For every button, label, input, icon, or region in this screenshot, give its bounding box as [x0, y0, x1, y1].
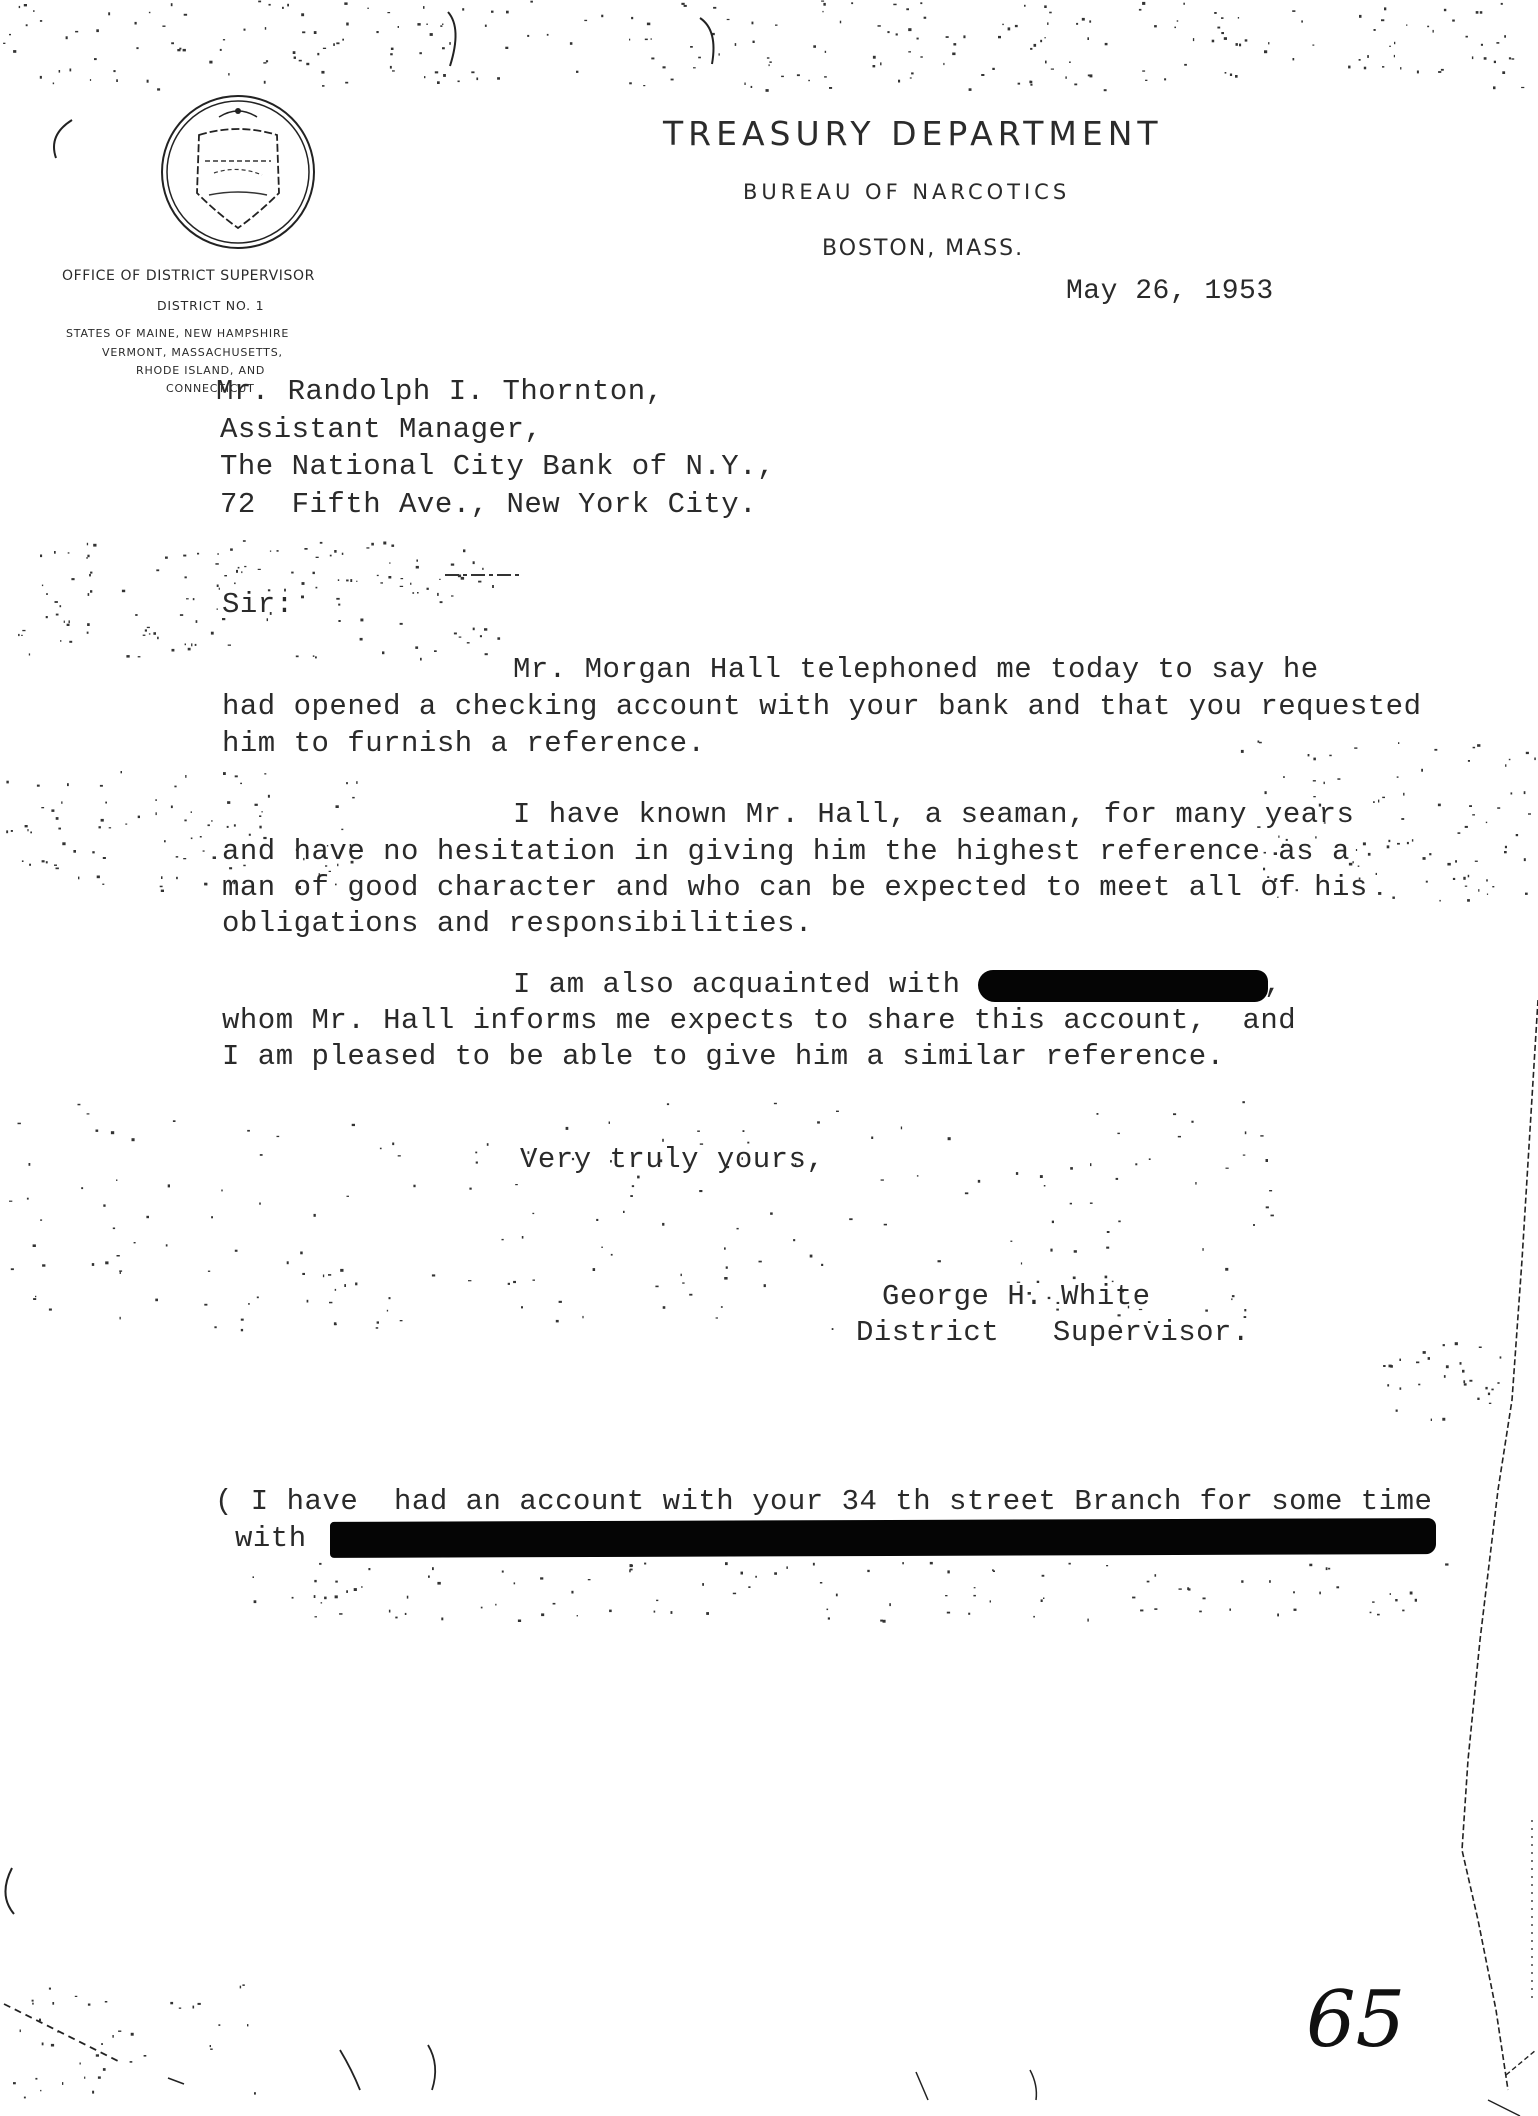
signer-name: George H. White	[882, 1280, 1151, 1313]
department-name: TREASURY DEPARTMENT	[663, 114, 1163, 153]
paragraph-2-line-2: and have no hesitation in giving him the…	[222, 835, 1350, 868]
paragraph-3-comma: ,	[1264, 968, 1282, 1001]
letter-page: TREASURY DEPARTMENT BUREAU OF NARCOTICS …	[0, 0, 1538, 2116]
letter-date: May 26, 1953	[1066, 276, 1274, 307]
redaction-postscript	[330, 1518, 1436, 1558]
postscript-line-1: ( I have had an account with your 34 th …	[215, 1485, 1432, 1518]
salutation: Sir:	[222, 588, 294, 621]
paragraph-1-line-3: him to furnish a reference.	[222, 727, 705, 760]
paragraph-3-line-3: I am pleased to be able to give him a si…	[222, 1040, 1225, 1073]
addressee-line-4: 72 Fifth Ave., New York City.	[220, 488, 757, 521]
addressee-line-2: Assistant Manager,	[220, 413, 542, 446]
addressee-line-1: Mr. Randolph I. Thornton,	[216, 375, 664, 408]
postscript-line-2: with	[235, 1522, 307, 1555]
location: BOSTON, MASS.	[822, 236, 1024, 261]
redaction-name	[978, 970, 1268, 1002]
treasury-seal-icon	[143, 75, 301, 233]
paragraph-2-line-3: man of good character and who can be exp…	[222, 871, 1368, 904]
bureau-name: BUREAU OF NARCOTICS	[743, 180, 1070, 204]
office-states-line-2: VERMONT, MASSACHUSETTS,	[102, 346, 283, 359]
paragraph-1-line-2: had opened a checking account with your …	[222, 690, 1422, 723]
paragraph-3-line-2: whom Mr. Hall informs me expects to shar…	[222, 1004, 1296, 1037]
paragraph-1-line-1: Mr. Morgan Hall telephoned me today to s…	[513, 653, 1319, 686]
office-states-line-1: STATES OF MAINE, NEW HAMPSHIRE	[66, 327, 289, 340]
addressee-line-3: The National City Bank of N.Y.,	[220, 450, 775, 483]
closing: Very truly yours,	[520, 1143, 824, 1176]
paragraph-2-line-1: I have known Mr. Hall, a seaman, for man…	[513, 798, 1354, 831]
office-district: DISTRICT NO. 1	[157, 298, 264, 313]
handwritten-page-number: 65	[1306, 1975, 1405, 2065]
paragraph-2-line-4: obligations and responsibilities.	[222, 907, 813, 940]
paragraph-3-line-1: I am also acquainted with	[513, 968, 961, 1001]
office-title: OFFICE OF DISTRICT SUPERVISOR	[62, 268, 315, 284]
signer-title: District Supervisor.	[856, 1316, 1250, 1349]
